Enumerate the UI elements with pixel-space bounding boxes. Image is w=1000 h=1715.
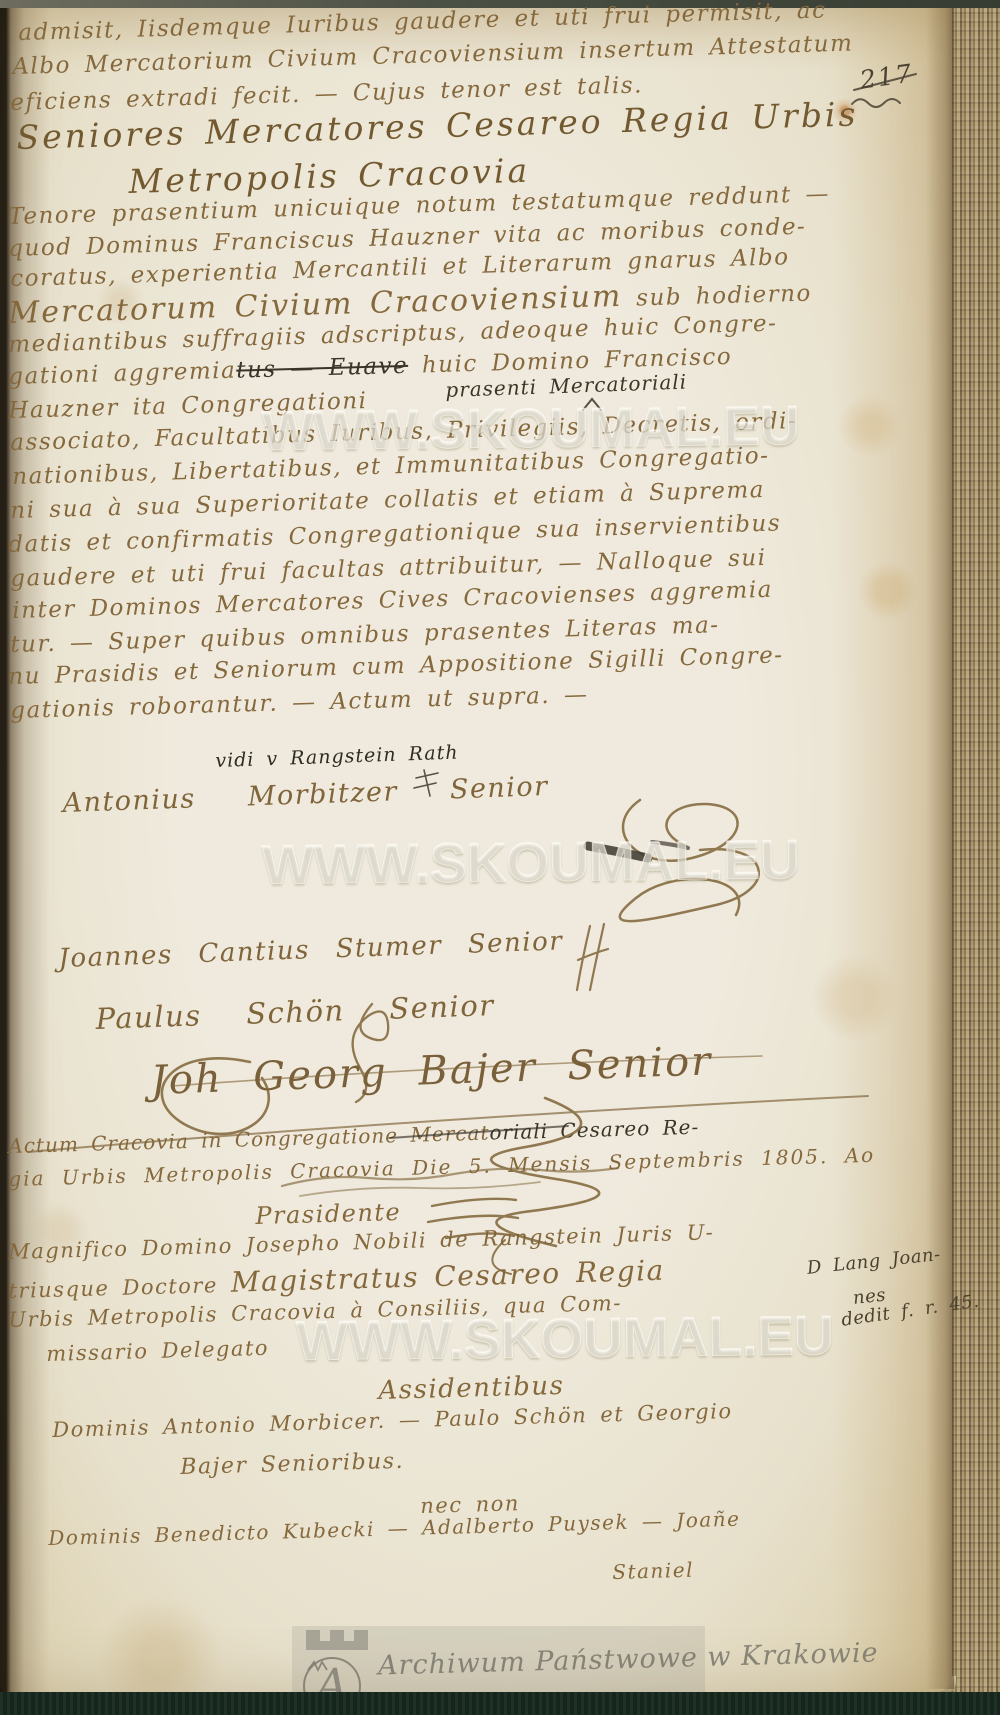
strikethrough-wave bbox=[282, 1168, 618, 1186]
paraph-scribble bbox=[492, 1240, 511, 1274]
signature-line bbox=[172, 1056, 762, 1086]
signature-underline bbox=[28, 1096, 868, 1152]
vidi-mark bbox=[414, 770, 438, 796]
signature-flourish bbox=[353, 1004, 389, 1102]
skoumal-watermark: www.skoumal.eu bbox=[296, 1303, 834, 1373]
paraph-mark bbox=[577, 924, 608, 990]
pagenumber-strike bbox=[854, 74, 916, 90]
paraph-scribble bbox=[428, 1199, 518, 1238]
skoumal-watermark: www.skoumal.eu bbox=[262, 393, 800, 463]
word-strike bbox=[390, 1126, 568, 1138]
pagenumber-underline-flourish bbox=[852, 99, 900, 107]
signature-loop bbox=[162, 1058, 269, 1134]
archival-manuscript-scan: 217 admisit, Iisdemque Iuribus gaudere e… bbox=[0, 0, 1000, 1715]
strikethrough-wave bbox=[300, 1182, 540, 1196]
skoumal-watermark: www.skoumal.eu bbox=[262, 827, 800, 897]
book-cover-bottom-edge bbox=[0, 1692, 1000, 1715]
